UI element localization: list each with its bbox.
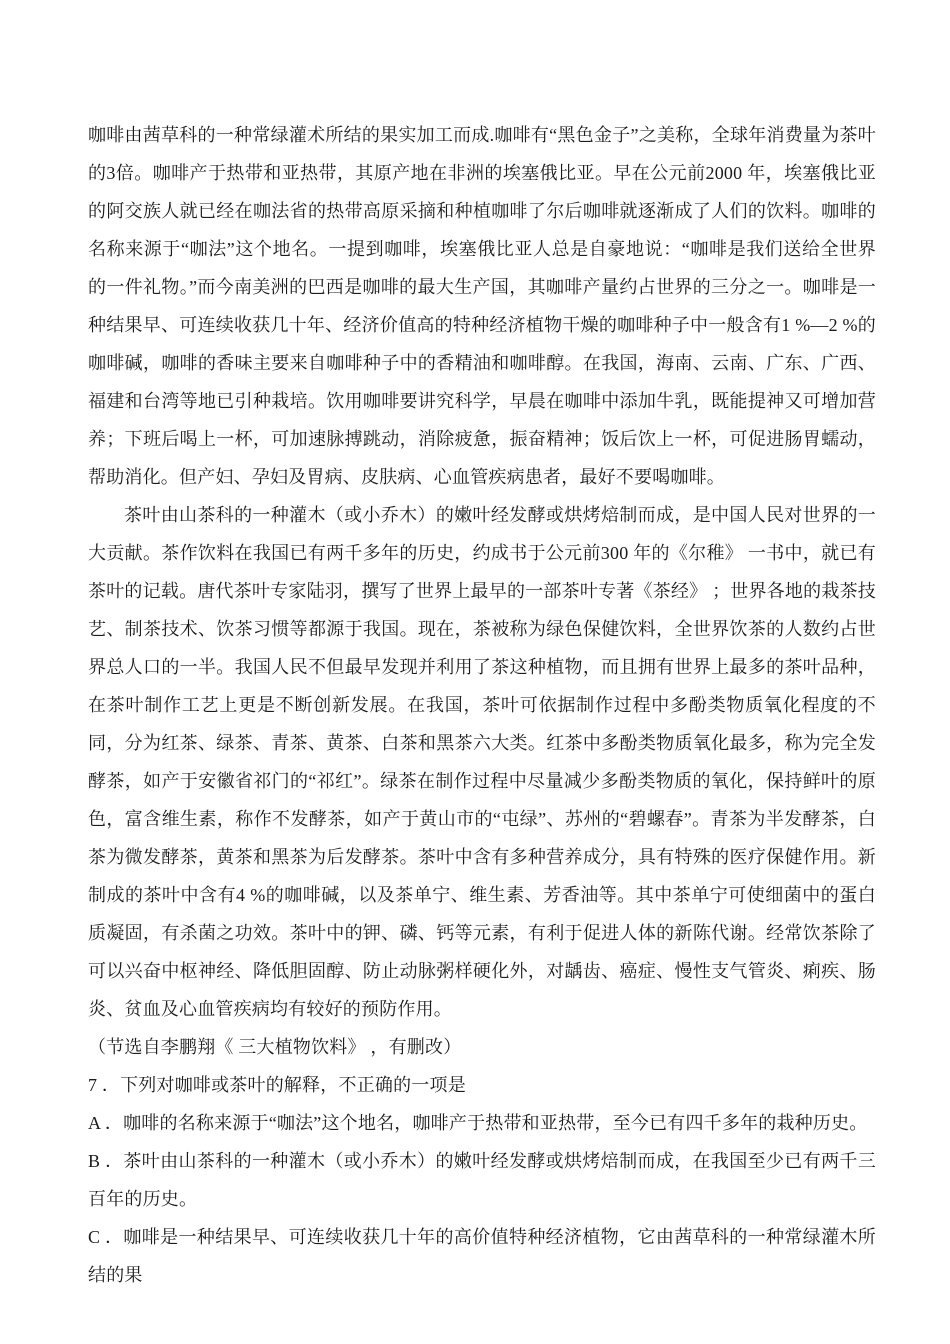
question-stem: 7 ．下列对咖啡或茶叶的解释，不正确的一项是 bbox=[88, 1066, 876, 1104]
question-option-c: C ．咖啡是一种结果早、可连续收获几十年的高价值特种经济植物，它由茜草科的一种常… bbox=[88, 1218, 876, 1294]
question-option-a: A ．咖啡的名称来源于“咖法”这个地名，咖啡产于热带和亚热带，至今已有四千多年的… bbox=[88, 1104, 876, 1142]
article-paragraph-coffee: 咖啡由茜草科的一种常绿灌术所结的果实加工而成.咖啡有“黑色金子”之美称，全球年消… bbox=[88, 116, 876, 496]
question-option-b: B ．茶叶由山茶科的一种灌木（或小乔木）的嫩叶经发酵或烘烤焙制而成，在我国至少已… bbox=[88, 1142, 876, 1218]
article-paragraph-tea: 茶叶由山茶科的一种灌木（或小乔木）的嫩叶经发酵或烘烤焙制而成，是中国人民对世界的… bbox=[88, 496, 876, 1028]
article-body: 咖啡由茜草科的一种常绿灌术所结的果实加工而成.咖啡有“黑色金子”之美称，全球年消… bbox=[88, 116, 876, 1294]
source-note: （节选自李鹏翔《 三大植物饮料》 ，有删改） bbox=[88, 1028, 876, 1066]
document-page: { "page": { "background": "#ffffff", "te… bbox=[0, 0, 950, 1344]
document-background: 咖啡由茜草科的一种常绿灌术所结的果实加工而成.咖啡有“黑色金子”之美称，全球年消… bbox=[0, 0, 950, 1344]
